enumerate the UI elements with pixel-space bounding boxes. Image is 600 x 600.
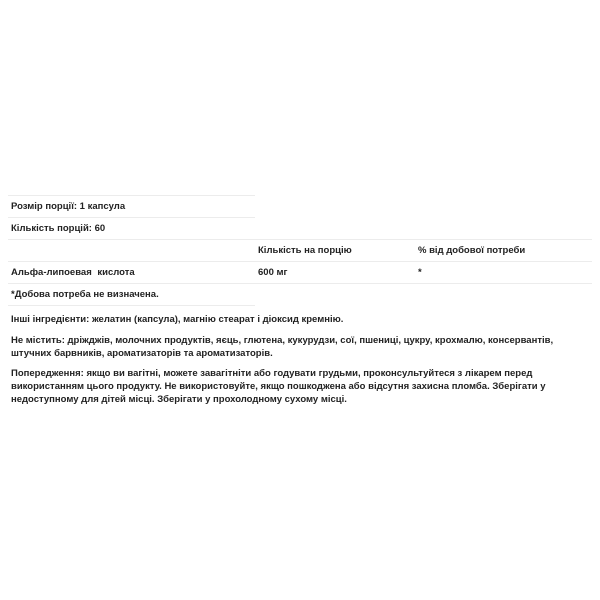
other-ingredients-text: Інші інгредієнти: желатин (капсула), маг…: [11, 313, 593, 326]
footnote-text: *Добова потреба не визначена.: [11, 284, 159, 305]
serving-size-row: Розмір порції: 1 капсула: [8, 195, 255, 217]
free-from-text: Не містить: дріжджів, молочних продуктів…: [11, 334, 593, 360]
supplement-facts-table: Розмір порції: 1 капсула Кількість порці…: [8, 195, 593, 306]
warning-text: Попередження: якщо ви вагітні, можете за…: [11, 367, 593, 406]
footnote-row: *Добова потреба не визначена.: [8, 284, 255, 306]
table-header-row: Кількість на порцію % від добової потреб…: [8, 239, 592, 261]
ingredient-amount: 600 мг: [258, 262, 287, 283]
ingredient-name: Альфа-липоевая кислота: [11, 262, 135, 283]
header-daily-value: % від добової потреби: [418, 240, 525, 261]
header-amount: Кількість на порцію: [258, 240, 352, 261]
servings-per-container-row: Кількість порцій: 60: [8, 217, 255, 239]
servings-per-container-text: Кількість порцій: 60: [11, 218, 105, 239]
serving-size-text: Розмір порції: 1 капсула: [11, 196, 125, 217]
table-row: Альфа-липоевая кислота 600 мг *: [8, 261, 592, 283]
ingredient-daily-value: *: [418, 262, 422, 283]
